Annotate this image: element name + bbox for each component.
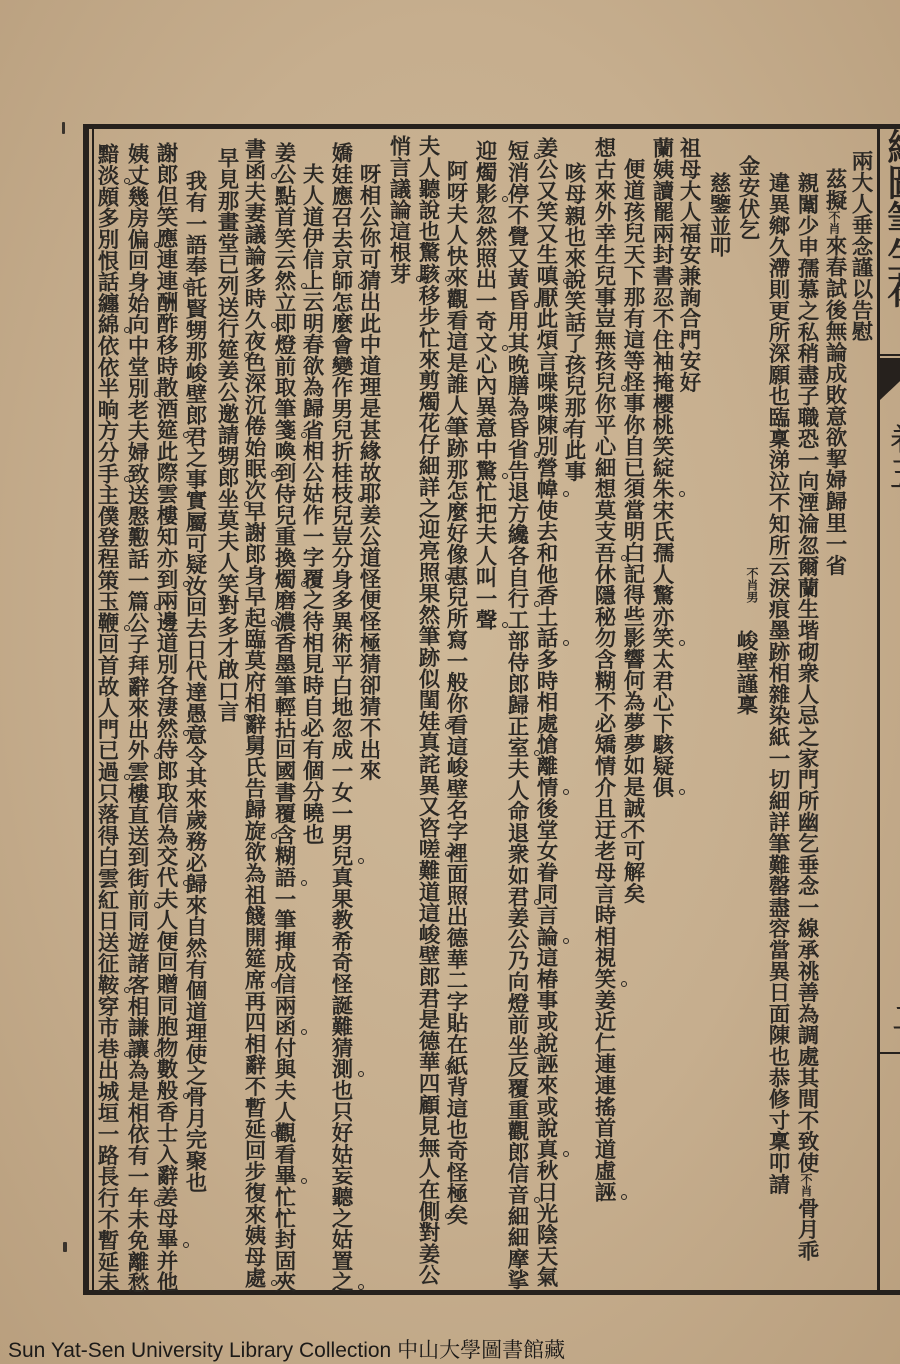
letter-text: 來春試後無論成敗意欲挈婦歸里一省 (822, 235, 847, 576)
signature-name: 峻壁謹稟 (732, 630, 758, 715)
letter-closing: 金安伏乞 (734, 155, 760, 240)
letter-line: 違異鄉久滯則更所深願也臨稟涕泣不知所云淚痕墨跡相雜染紙一切細詳筆難罄盡容當異日面… (764, 172, 790, 1194)
verse-column: 悄言議論這根芽。 (385, 135, 411, 284)
letter-line: 親闈少申孺慕之私稍盡子職恐一向湮淪忽爾蘭生堦砌衆人忌之家門所幽乞垂念一線承祧善為… (793, 172, 819, 1261)
verse-column: 夫人聽說也驚駭。移步忙來剪燭花。仔細詳之迎亮照。果然筆跡似閨娃。真詫異又咨嗟。難… (414, 135, 440, 1285)
dialogue-column: 咳母親也來說笑話了孩兒那有此事 (560, 162, 586, 482)
verse-column: 謝郎但笑應連連。酬酢移時散酒筵。此際雲樓知亦到。兩邊道別各淒然。侍郎取信為交代。… (152, 142, 178, 1292)
verse-column: 嬌娃應召去京師。怎麼會變作男兒折桂枝。兒豈分身多異術平白地忽成一女一男兒。真果教… (327, 142, 353, 1292)
verse-column: 迎燭影。忽然照出一奇文。心內異意中驚。忙把夫人叫一聲。 (471, 140, 497, 630)
verse-column: 黯淡。頗多別恨話纏綿。依依半晌方分手。主僕登程策玉鞭。回首故人門已過。只落得白雲… (93, 143, 119, 1292)
verse-column: 蘭姨讀罷兩封書。忍不住。袖掩櫻桃笑綻朱。宋氏孺人驚亦笑。太君心下駭疑俱。 (648, 137, 674, 797)
honorific-small-text: 不肖 (827, 211, 841, 235)
text-column: 祖母大人福安兼詢合門安好 (675, 137, 701, 393)
dialogue-column: 便道孩兒天下那有這等怪事你自已須當明白記得些影響何為夢夢如是誠不可解矣 (619, 158, 645, 904)
verse-column: 早見那畫堂已列送行筵。姜公邀請甥郎坐。莫夫人笑對多才啟口言。 (213, 147, 239, 722)
verse-column: 想古來外幸生兒事豈無孩兒。你平心細想莫支吾。休隱秘勿含糊不必矯情介且迂。老母言時… (590, 137, 616, 1202)
dialogue-column: 我有一語奉託賢甥那峻壁郎君之事實屬可疑汝回去日代達愚意令其來歲務必歸來自然有個道… (181, 170, 207, 1192)
letter-text: 茲擬 (822, 168, 847, 211)
signature-prefix: 不肖男 (739, 567, 765, 603)
verse-column: 短。消停不覺又黃昏。用其晚膳為昏省。告退方纔各自行。工部侍郎歸正室。夫人命退衆如… (503, 140, 529, 1290)
letter-line: 兩大人垂念謹以告慰 (847, 150, 873, 342)
verse-column: 姜公又笑又生嗔。厭此煩言喋喋陳。別營幃。使去和他香土話。多時相處愴離情。後堂女眷… (532, 137, 558, 1287)
letter-line: 慈鑒並叩 (705, 172, 731, 257)
verse-column: 書函。夫妻議論多時久。夜色深沉倦始眠。次早謝郎身早起。臨莫府相辭舅氏告歸旋。欲為… (240, 138, 266, 1288)
letter-line: 茲擬不肖來春試後無論成敗意欲挈婦歸里一省 (821, 168, 847, 575)
dialogue-column: 夫人道伊信上云明春欲為歸省相公姑作一字覆之待相見時自必有個分曉也 (298, 163, 324, 845)
text-area: 兩大人垂念謹以告慰 茲擬不肖來春試後無論成敗意欲挈婦歸里一省 親闈少申孺慕之私稍… (0, 0, 900, 1292)
verse-column: 姨丈幾房偏。回身始向中堂別。老夫婦致送慇懃話一篇。公子拜辭來出外。雲樓直送到街前… (123, 143, 149, 1292)
dialogue-column: 呀相公你可猜出此中道理是甚緣故耶姜公道怪便怪極猜卻猜不出來 (355, 163, 381, 781)
letter-text: 骨月乖 (794, 1197, 819, 1261)
letter-text: 親闈少申孺慕之私稍盡子職恐一向湮淪忽爾蘭生堦砌衆人忌之家門所幽乞垂念一線承祧善為… (794, 172, 819, 1173)
honorific-small-text: 不肖 (799, 1173, 813, 1197)
library-credit: Sun Yat-Sen University Library Collectio… (8, 1334, 565, 1364)
verse-column: 姜公點首笑云然。立即燈前取筆箋。喚到侍兒重換燭。磨濃香墨筆輕拈。回國書覆含糊語。… (270, 142, 296, 1292)
